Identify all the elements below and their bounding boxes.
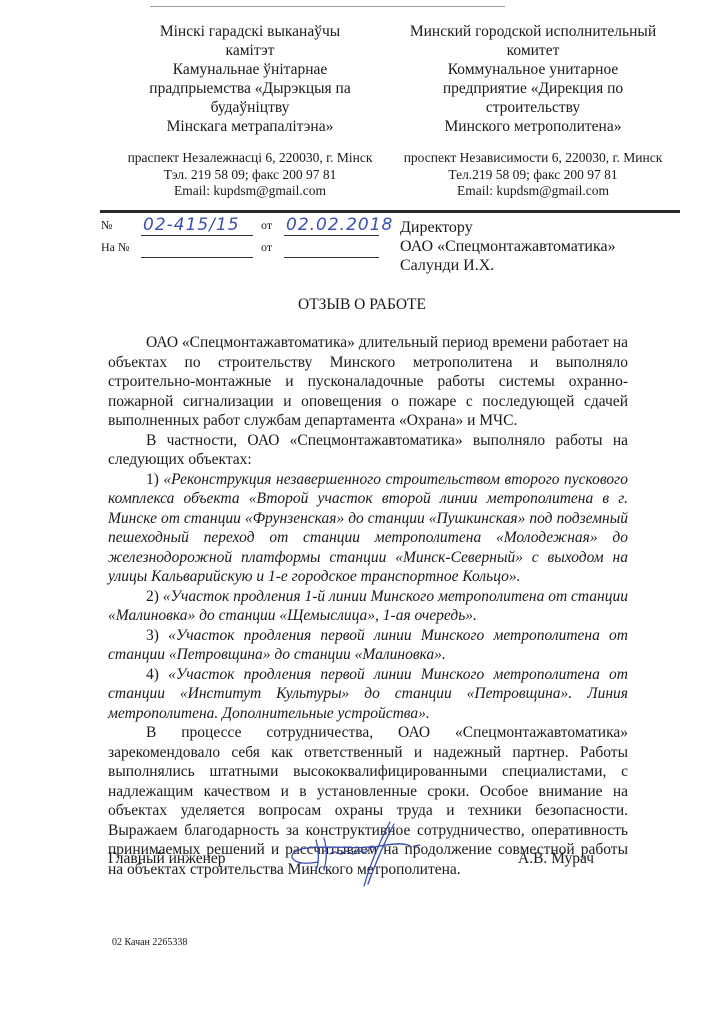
- date-field: 02.02.2018: [284, 215, 379, 236]
- reply-number-field: [141, 237, 253, 258]
- document-body: ОАО «Спецмонтажавтоматика» длительный пе…: [108, 333, 628, 879]
- top-edge-line: [150, 6, 505, 7]
- paragraph-intro: ОАО «Спецмонтажавтоматика» длительный пе…: [108, 333, 628, 431]
- org-line: Минский городской исполнительный: [393, 22, 673, 41]
- org-line: комитет: [393, 41, 673, 60]
- executor-note: 02 Качан 2265338: [112, 937, 187, 948]
- org-name-by: Мінскі гарадскі выканаўчы камітэт Камуна…: [100, 22, 400, 136]
- org-line: Мінскага метрапалітэна»: [100, 117, 400, 136]
- handwritten-number: 02-415/15: [143, 215, 240, 235]
- reply-number-label: На №: [101, 240, 129, 255]
- document-title: ОТЗЫВ О РАБОТЕ: [0, 296, 724, 314]
- item-number: 4): [146, 666, 168, 683]
- reply-date-field: [284, 237, 379, 258]
- org-line: Коммунальное унитарное: [393, 60, 673, 79]
- reply-number-row: На № от: [101, 236, 391, 258]
- object-item-1: 1) «Реконструкция незавершенного строите…: [108, 470, 628, 587]
- email-line: Email: kupdsm@gmail.com: [393, 183, 673, 200]
- org-line: строительству: [393, 98, 673, 117]
- reply-from-label: от: [261, 240, 272, 255]
- paragraph-objects-lead: В частности, ОАО «Спецмонтажавтоматика» …: [108, 431, 628, 470]
- number-field: 02-415/15: [141, 215, 253, 236]
- org-name-ru: Минский городской исполнительный комитет…: [393, 22, 673, 136]
- object-item-2: 2) «Участок продления 1-й линии Минского…: [108, 587, 628, 626]
- org-line: камітэт: [100, 41, 400, 60]
- addressee-person: Салунди И.Х.: [400, 256, 616, 275]
- phone-line: Тел.219 58 09; факс 200 97 81: [393, 167, 673, 184]
- handwritten-date: 02.02.2018: [286, 215, 393, 235]
- addressee-company: ОАО «Спецмонтажавтоматика»: [400, 237, 616, 256]
- signer-name: А.В. Мурач: [518, 850, 594, 868]
- from-label: от: [261, 218, 272, 233]
- org-line: Камунальнае ўнітарнае: [100, 60, 400, 79]
- number-label: №: [101, 218, 112, 233]
- item-number: 2): [146, 588, 163, 605]
- signer-role: Главный инженер: [108, 850, 226, 868]
- letterhead-russian: Минский городской исполнительный комитет…: [393, 22, 673, 200]
- org-line: прадпрыемства «Дырэкцыя па: [100, 79, 400, 98]
- item-number: 3): [146, 627, 168, 644]
- org-line: предприятие «Дирекция по: [393, 79, 673, 98]
- address-by: праспект Незалежнасці 6, 220030, г. Мінс…: [100, 150, 400, 200]
- item-number: 1): [146, 471, 163, 488]
- org-line: Минского метрополитена»: [393, 117, 673, 136]
- handwritten-signature-icon: [278, 820, 448, 890]
- email-line: Email: kupdsm@gmail.com: [100, 183, 400, 200]
- letterhead-belarusian: Мінскі гарадскі выканаўчы камітэт Камуна…: [100, 22, 400, 200]
- item-text: «Участок продления первой линии Минского…: [108, 666, 628, 722]
- item-text: «Участок продления 1-й линии Минского ме…: [108, 588, 628, 625]
- item-text: «Реконструкция незавершенного строительс…: [108, 471, 628, 586]
- phone-line: Тэл. 219 58 09; факс 200 97 81: [100, 167, 400, 184]
- address-ru: проспект Независимости 6, 220030, г. Мин…: [393, 150, 673, 200]
- addressee: Директору ОАО «Спецмонтажавтоматика» Сал…: [400, 218, 616, 275]
- address-line: проспект Независимости 6, 220030, г. Мин…: [393, 150, 673, 167]
- org-line: Мінскі гарадскі выканаўчы: [100, 22, 400, 41]
- addressee-position: Директору: [400, 218, 616, 237]
- letterhead-divider: [100, 210, 680, 213]
- outgoing-number-row: № 02-415/15 от 02.02.2018: [101, 214, 391, 236]
- registration-block: № 02-415/15 от 02.02.2018 На № от: [101, 214, 391, 258]
- object-item-3: 3) «Участок продления первой линии Минск…: [108, 626, 628, 665]
- item-text: «Участок продления первой линии Минского…: [108, 627, 628, 664]
- address-line: праспект Незалежнасці 6, 220030, г. Мінс…: [100, 150, 400, 167]
- org-line: будаўніцтву: [100, 98, 400, 117]
- object-item-4: 4) «Участок продления первой линии Минск…: [108, 665, 628, 724]
